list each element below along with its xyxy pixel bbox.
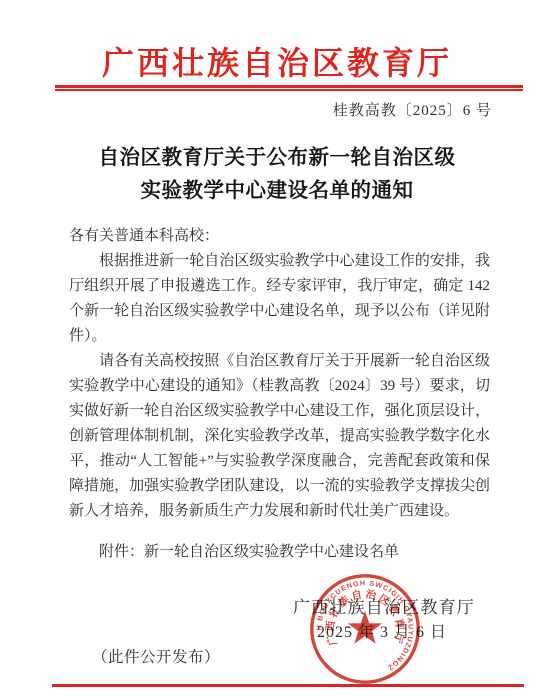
official-seal: GVANGJSIH BOUXCUENGH SWCIGIH GYAUYUZDING… [308,572,422,686]
masthead-divider [55,85,523,91]
notice-body: 各有关普通本科高校： 根据推进新一轮自治区级实验教学中心建设工作的安排，我厅组织… [69,224,490,565]
notice-title-line2: 实验教学中心建设名单的通知 [141,180,414,202]
notice-title: 自治区教育厅关于公布新一轮自治区级实验教学中心建设名单的通知 [0,142,554,208]
doc-number: 桂教高教〔2025〕6 号 [333,99,492,120]
salutation: 各有关普通本科高校： [69,224,490,249]
agency-masthead: 广西壮族自治区教育厅 [0,38,554,84]
paragraph-1: 根据推进新一轮自治区级实验教学中心建设工作的安排，我厅组织开展了申报遴选工作。经… [69,249,490,349]
public-release-note: （此件公开发布） [92,645,220,667]
notice-title-line1: 自治区教育厅关于公布新一轮自治区级 [99,147,456,169]
paragraph-2: 请各有关高校按照《自治区教育厅关于开展新一轮自治区级实验教学中心建设的通知》（桂… [69,349,490,524]
footer-divider [52,684,524,687]
attachment-line: 附件：新一轮自治区级实验教学中心建设名单 [69,540,490,565]
document-page: 广西壮族自治区教育厅 桂教高教〔2025〕6 号 自治区教育厅关于公布新一轮自治… [0,0,554,698]
seal-star-icon [348,611,382,644]
